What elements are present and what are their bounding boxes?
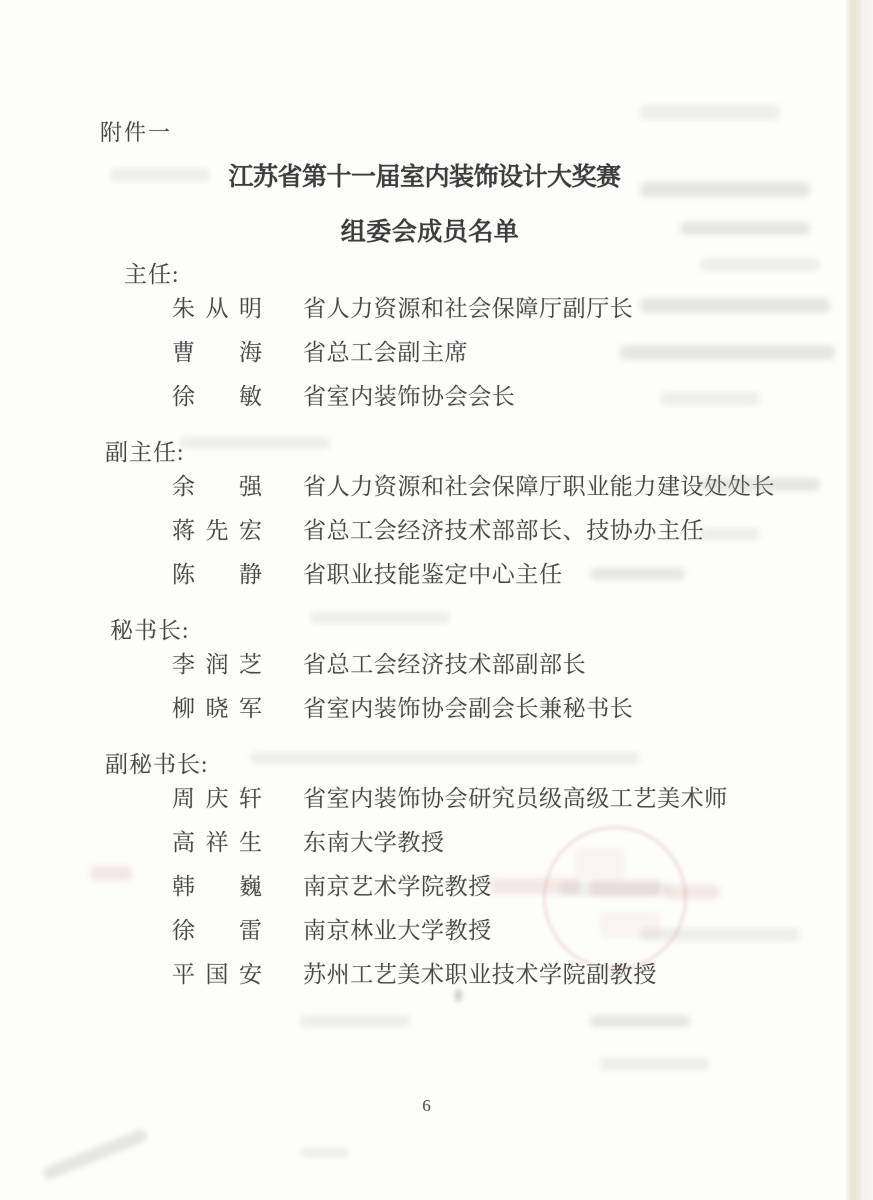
document-title: 江苏省第十一届室内装饰设计大奖赛 <box>0 157 849 193</box>
member-name-char: 李 <box>172 652 195 678</box>
member-name: 蒋先宏 <box>172 518 262 544</box>
member-name: 余强 <box>172 474 262 500</box>
member-name: 柳晓军 <box>172 696 262 722</box>
bleed-through-artifact <box>250 752 640 764</box>
member-name-char: 巍 <box>239 874 262 900</box>
member-name-char: 蒋 <box>172 518 195 544</box>
member-name-char: 平 <box>172 962 195 988</box>
member-row: 徐雷南京林业大学教授 <box>0 918 845 946</box>
member-role: 省室内装饰协会研究员级高级工艺美术师 <box>303 786 728 812</box>
member-row: 周庆轩省室内装饰协会研究员级高级工艺美术师 <box>0 786 845 814</box>
section-heading: 主任: <box>124 256 179 289</box>
member-name: 高祥生 <box>172 830 262 856</box>
member-name: 曹海 <box>172 340 262 366</box>
bleed-through-artifact <box>42 1128 149 1181</box>
bleed-through-artifact <box>310 612 450 624</box>
member-name-char: 曹 <box>172 340 195 366</box>
member-name-char: 生 <box>239 830 262 856</box>
member-name-char: 庆 <box>206 786 229 812</box>
member-role: 南京林业大学教授 <box>303 918 492 944</box>
member-name: 陈静 <box>172 562 262 588</box>
bleed-through-artifact <box>180 437 330 449</box>
member-row: 韩巍南京艺术学院教授 <box>0 874 845 902</box>
section-heading: 副主任: <box>105 434 184 467</box>
member-role: 省室内装饰协会会长 <box>303 384 515 410</box>
bleed-through-artifact <box>456 990 461 1001</box>
member-row: 李润芝省总工会经济技术部副部长 <box>0 652 845 680</box>
member-row: 高祥生东南大学教授 <box>0 830 845 858</box>
bleed-through-artifact <box>640 105 780 120</box>
member-name-char: 周 <box>172 786 195 812</box>
document-subtitle: 组委会成员名单 <box>0 212 860 248</box>
member-name-char: 高 <box>172 830 195 856</box>
member-name-char: 从 <box>206 296 229 322</box>
member-role: 省总工会经济技术部部长、技协办主任 <box>303 518 704 544</box>
scanned-document-page: 附件一 江苏省第十一届室内装饰设计大奖赛 组委会成员名单 主任:朱从明省人力资源… <box>0 0 873 1200</box>
member-name: 徐敏 <box>172 384 262 410</box>
member-row: 蒋先宏省总工会经济技术部部长、技协办主任 <box>0 518 845 546</box>
member-name-char: 强 <box>239 474 262 500</box>
member-row: 陈静省职业技能鉴定中心主任 <box>0 562 845 590</box>
member-role: 省室内装饰协会副会长兼秘书长 <box>303 696 633 722</box>
bleed-through-artifact <box>590 1015 690 1027</box>
member-role: 省总工会副主席 <box>303 340 468 366</box>
bleed-through-artifact <box>600 1058 710 1070</box>
member-name-char: 芝 <box>239 652 262 678</box>
member-name-char: 海 <box>239 340 262 366</box>
member-name-char: 余 <box>172 474 195 500</box>
bleed-through-artifact <box>300 1148 350 1157</box>
member-name-char: 雷 <box>239 918 262 944</box>
member-name-char: 润 <box>206 652 229 678</box>
member-name-char: 韩 <box>172 874 195 900</box>
member-role: 省人力资源和社会保障厅副厅长 <box>303 296 633 322</box>
member-name-char: 静 <box>239 562 262 588</box>
member-name-char: 宏 <box>239 518 262 544</box>
page-number: 6 <box>0 1096 853 1116</box>
member-row: 朱从明省人力资源和社会保障厅副厅长 <box>0 296 845 324</box>
member-row: 徐敏省室内装饰协会会长 <box>0 384 845 412</box>
member-name: 平国安 <box>172 962 262 988</box>
member-name-char: 祥 <box>206 830 229 856</box>
member-name-char: 安 <box>239 962 262 988</box>
member-role: 南京艺术学院教授 <box>303 874 492 900</box>
member-role: 东南大学教授 <box>303 830 445 856</box>
member-name: 周庆轩 <box>172 786 262 812</box>
member-name: 徐雷 <box>172 918 262 944</box>
member-name-char: 先 <box>206 518 229 544</box>
member-name-char: 徐 <box>172 918 195 944</box>
scan-background-edge <box>861 0 873 1200</box>
member-name-char: 陈 <box>172 562 195 588</box>
bleed-through-artifact <box>300 1015 410 1027</box>
bleed-through-artifact <box>700 258 820 271</box>
member-row: 余强省人力资源和社会保障厅职业能力建设处处长 <box>0 474 845 502</box>
member-name-char: 柳 <box>172 696 195 722</box>
member-name-char: 敏 <box>239 384 262 410</box>
section-heading: 秘书长: <box>110 612 189 645</box>
member-name-char: 晓 <box>206 696 229 722</box>
member-role: 省人力资源和社会保障厅职业能力建设处处长 <box>303 474 775 500</box>
member-name-char: 国 <box>206 962 229 988</box>
member-row: 平国安苏州工艺美术职业技术学院副教授 <box>0 962 845 990</box>
member-row: 曹海省总工会副主席 <box>0 340 845 368</box>
attachment-label: 附件一 <box>100 116 172 147</box>
page-edge-shadow <box>845 0 861 1200</box>
member-role: 苏州工艺美术职业技术学院副教授 <box>303 962 657 988</box>
member-role: 省总工会经济技术部副部长 <box>303 652 586 678</box>
member-name-char: 军 <box>239 696 262 722</box>
member-name-char: 轩 <box>239 786 262 812</box>
member-name: 朱从明 <box>172 296 262 322</box>
member-row: 柳晓军省室内装饰协会副会长兼秘书长 <box>0 696 845 724</box>
member-name-char: 徐 <box>172 384 195 410</box>
member-role: 省职业技能鉴定中心主任 <box>303 562 563 588</box>
section-heading: 副秘书长: <box>105 746 208 779</box>
member-name: 李润芝 <box>172 652 262 678</box>
member-name-char: 明 <box>239 296 262 322</box>
member-name-char: 朱 <box>172 296 195 322</box>
member-name: 韩巍 <box>172 874 262 900</box>
